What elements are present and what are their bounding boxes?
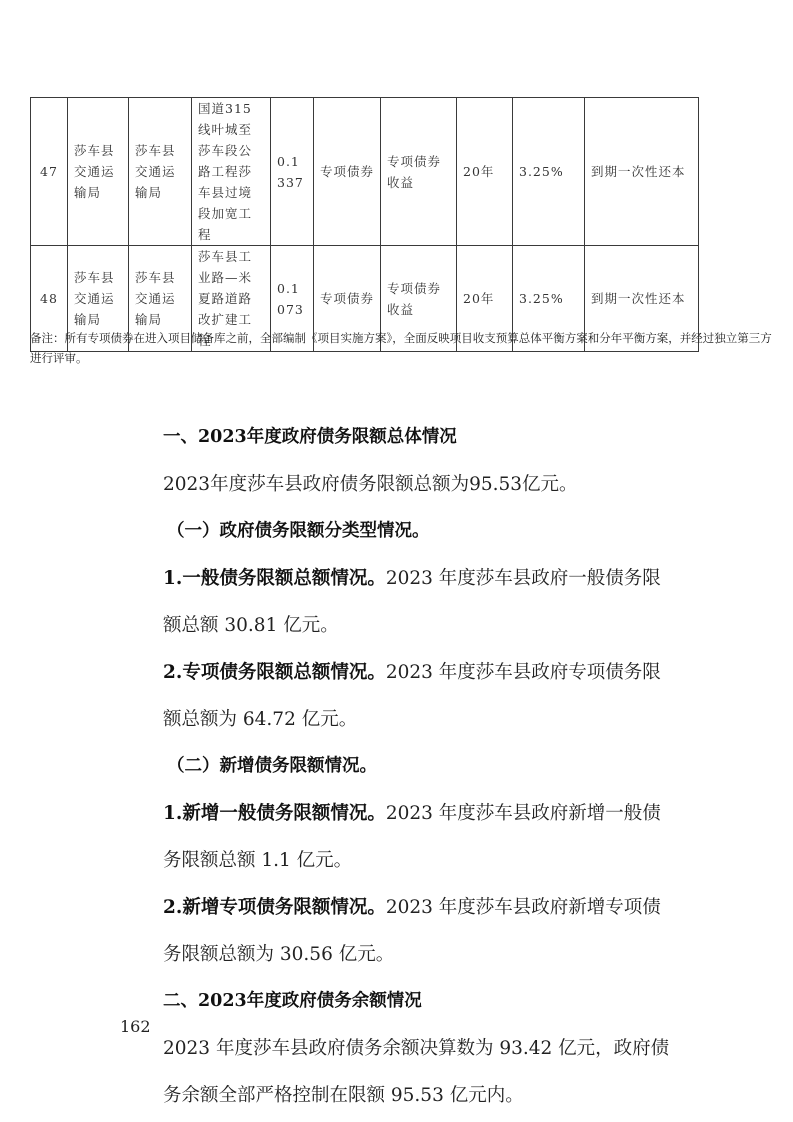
repayment-method-cell: 到期一次性还本	[585, 98, 699, 246]
term-cell: 20年	[457, 98, 513, 246]
table-footnote: 备注：所有专项债券在进入项目储备库之前，全部编制《项目实施方案》，全面反映项目收…	[30, 328, 775, 368]
section-1-block: 一、2023年度政府债务限额总体情况 2023年度莎车县政府债务限额总额为95.…	[117, 414, 677, 1119]
section-2-body: 2023 年度莎车县政府债务余额决算数为 93.42 亿元，政府债务余额全部严格…	[117, 1025, 677, 1119]
bond-projects-table: 47 莎车县交通运输局 莎车县交通运输局 国道315线叶城至莎车段公路工程莎车县…	[30, 97, 699, 352]
page-number: 162	[120, 1017, 151, 1036]
repayment-source-cell: 专项债券收益	[381, 98, 457, 246]
section-2-heading: 二、2023年度政府债务余额情况	[117, 978, 677, 1025]
section-1-heading: 一、2023年度政府债务限额总体情况	[117, 414, 677, 461]
paragraph-general-debt-limit: 1.一般债务限额总额情况。2023 年度莎车县政府一般债务限额总额 30.81 …	[117, 555, 677, 649]
subsection-1b-heading: （二）新增债务限额情况。	[117, 743, 677, 790]
paragraph-new-general-debt: 1.新增一般债务限额情况。2023 年度莎车县政府新增一般债务限额总额 1.1 …	[117, 790, 677, 884]
project-name-cell: 国道315线叶城至莎车段公路工程莎车县过境段加宽工程	[192, 98, 271, 246]
paragraph-lead: 2.新增专项债务限额情况。	[163, 897, 386, 918]
bond-table-container: 47 莎车县交通运输局 莎车县交通运输局 国道315线叶城至莎车段公路工程莎车县…	[30, 97, 699, 352]
paragraph-lead: 1.一般债务限额总额情况。	[163, 568, 386, 589]
amount-cell: 0.1337	[271, 98, 314, 246]
bond-type-cell: 专项债券	[314, 98, 381, 246]
section-1-body: 2023年度莎车县政府债务限额总额为95.53亿元。	[117, 461, 677, 508]
paragraph-lead: 2.专项债务限额总额情况。	[163, 662, 386, 683]
row-number: 47	[31, 98, 68, 246]
department-cell: 莎车县交通运输局	[68, 98, 129, 246]
paragraph-special-debt-limit: 2.专项债务限额总额情况。2023 年度莎车县政府专项债务限额总额为 64.72…	[117, 649, 677, 743]
paragraph-lead: 1.新增一般债务限额情况。	[163, 803, 386, 824]
paragraph-new-special-debt: 2.新增专项债务限额情况。2023 年度莎车县政府新增专项债务限额总额为 30.…	[117, 884, 677, 978]
table-row: 47 莎车县交通运输局 莎车县交通运输局 国道315线叶城至莎车段公路工程莎车县…	[31, 98, 699, 246]
interest-rate-cell: 3.25%	[513, 98, 585, 246]
subsection-1a-heading: （一）政府债务限额分类型情况。	[117, 508, 677, 555]
unit-cell: 莎车县交通运输局	[129, 98, 192, 246]
